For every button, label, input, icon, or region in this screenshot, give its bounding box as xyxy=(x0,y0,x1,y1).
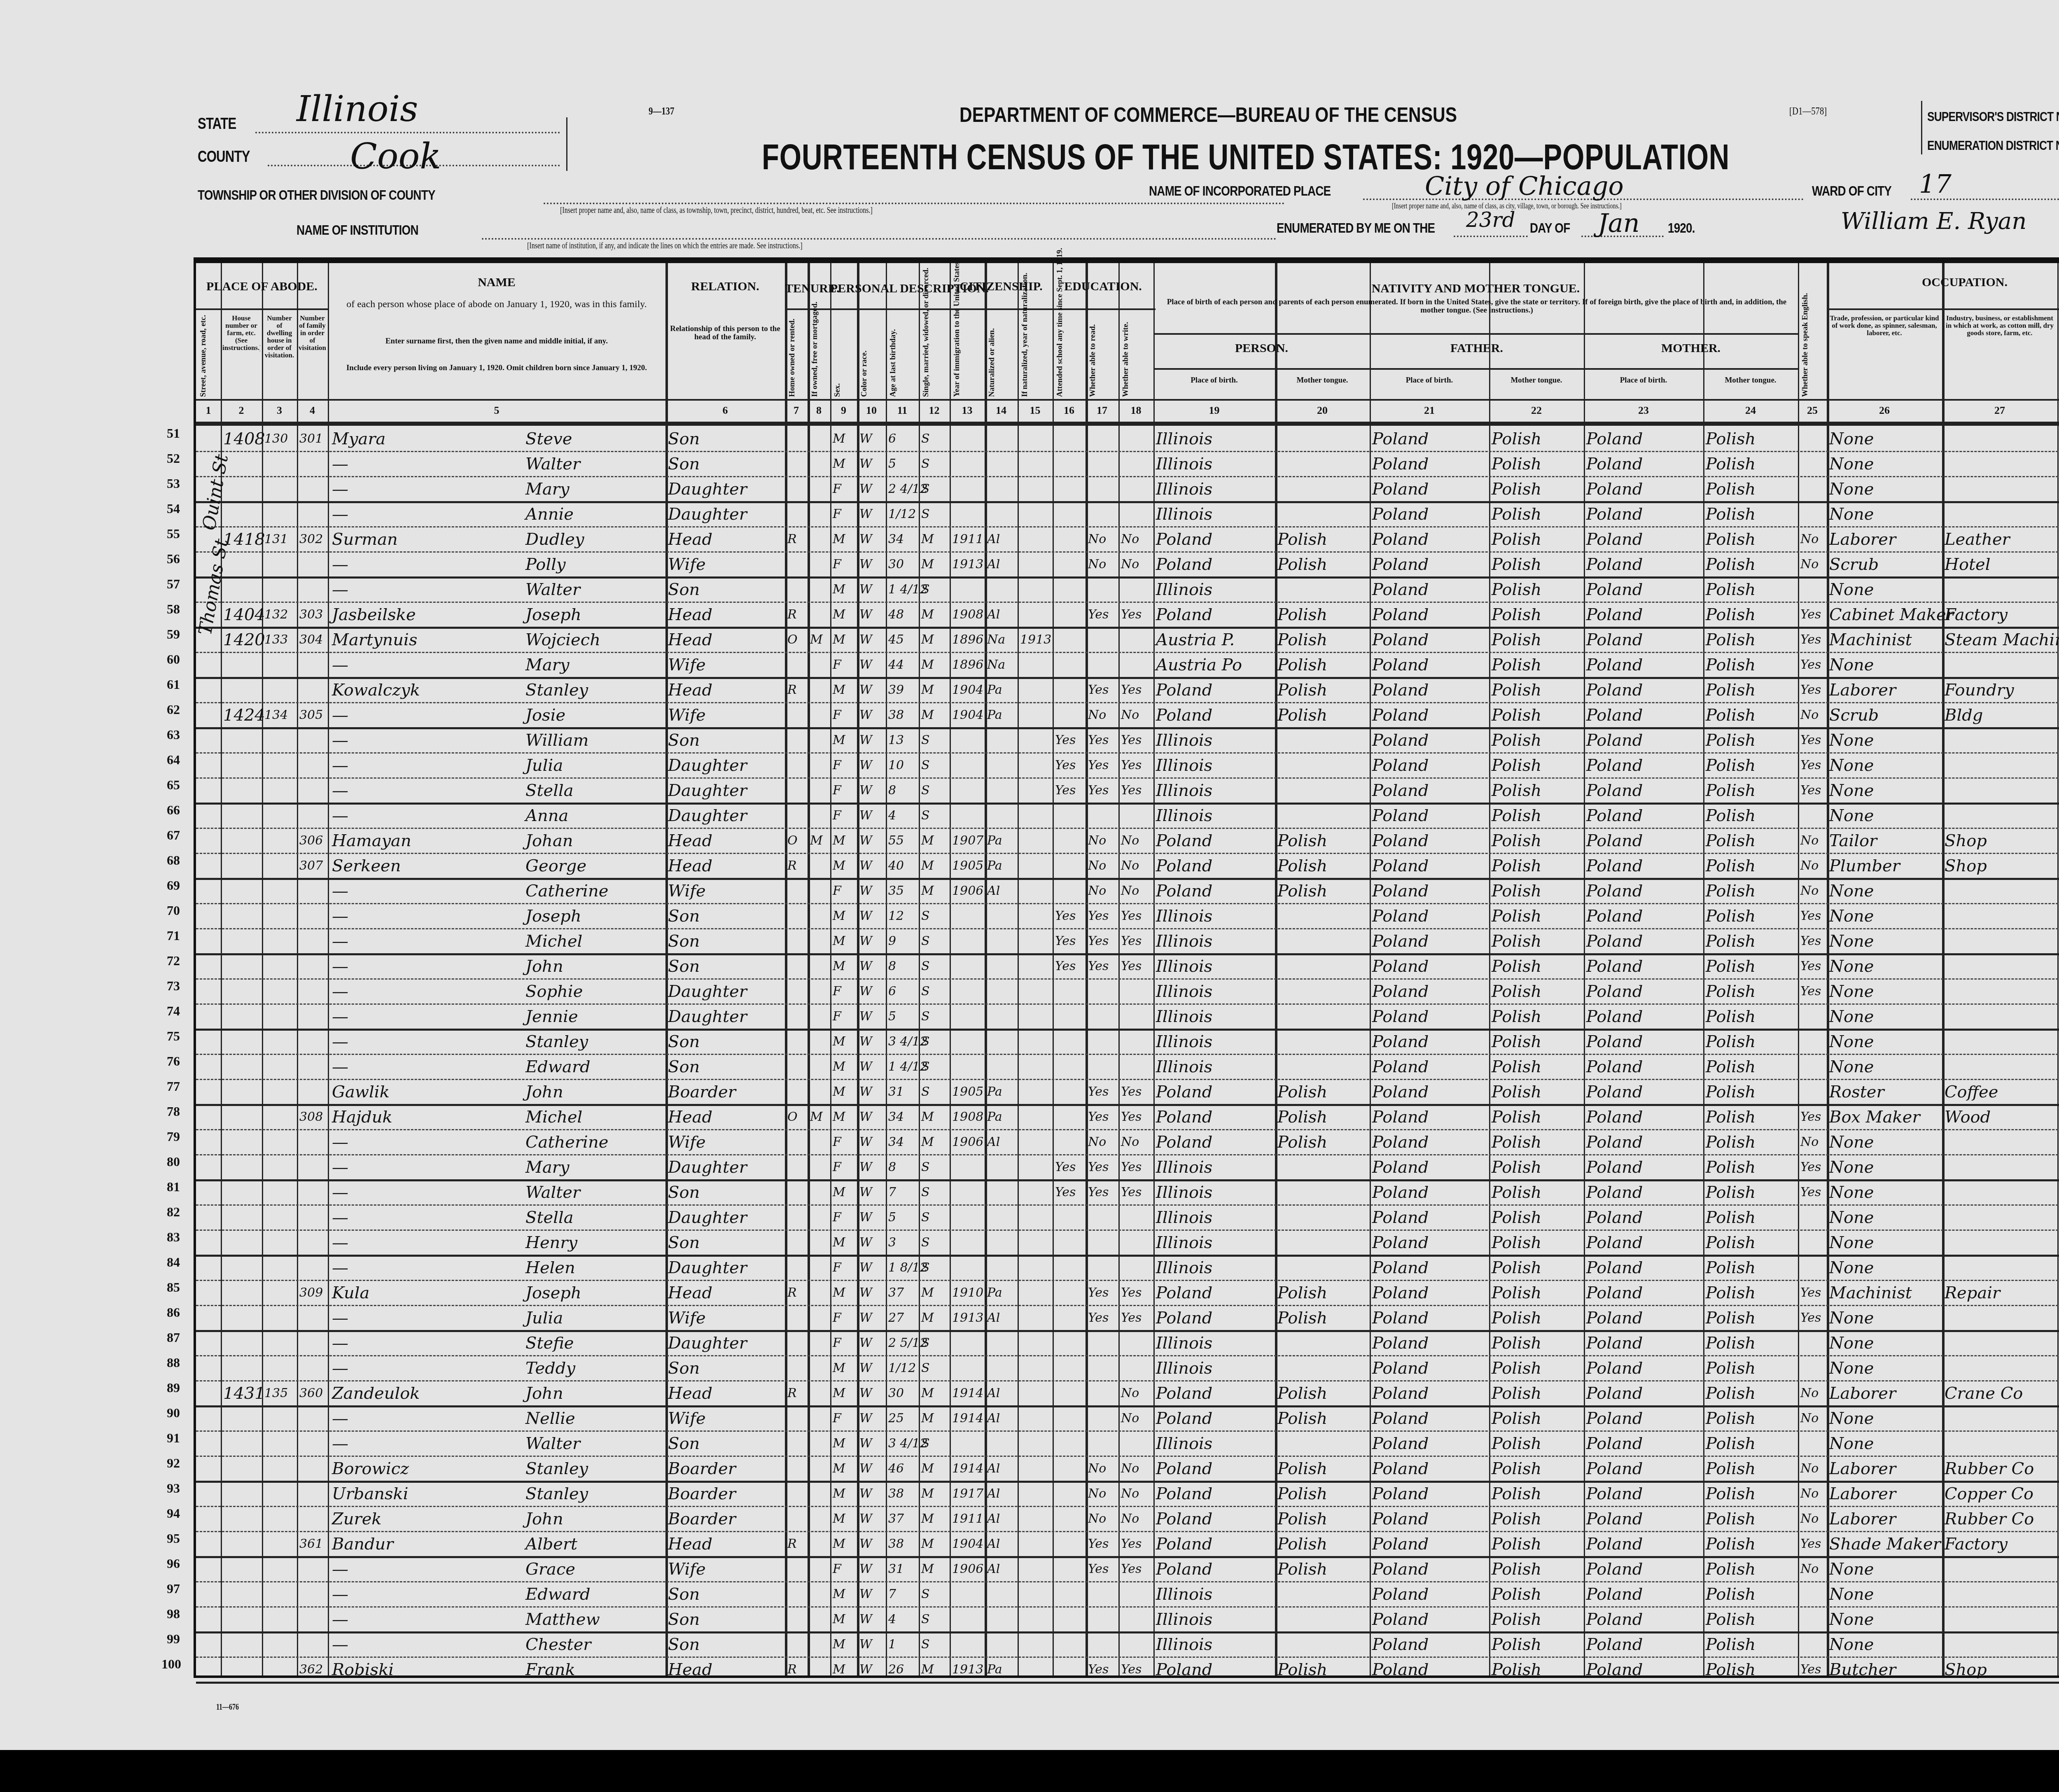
cell-race: W xyxy=(859,1433,872,1454)
cell-relation: Wife xyxy=(668,554,706,575)
cell-immig: 1908 xyxy=(952,1106,983,1128)
column-number-21: 21 xyxy=(1370,404,1489,417)
cell-nat: Al xyxy=(987,1533,1000,1555)
cell-marital: M xyxy=(921,1408,934,1429)
cell-mtongue: Polish xyxy=(1706,529,1756,550)
cell-relation: Daughter xyxy=(668,1006,747,1027)
table-row[interactable]: —CatherineWifeFW34M1906AlNoNoPolandPolis… xyxy=(196,1129,2059,1155)
table-row[interactable]: —StellaDaughterFW5SIllinoisPolandPolishP… xyxy=(196,1204,2059,1231)
cell-marital: S xyxy=(921,1232,930,1253)
cell-write: Yes xyxy=(1121,679,1142,701)
line-number-left: 57 xyxy=(167,576,180,592)
cell-relation: Wife xyxy=(668,1559,706,1580)
cell-write: No xyxy=(1121,1483,1139,1505)
cell-write: No xyxy=(1121,855,1139,877)
cell-race: W xyxy=(859,1232,872,1253)
line-number-left: 65 xyxy=(167,777,180,793)
cell-owned: R xyxy=(787,604,797,625)
enumerated-day: 23rd xyxy=(1466,208,1515,232)
cell-relation: Son xyxy=(668,1609,700,1630)
cell-family: 303 xyxy=(299,604,323,625)
cell-relation: Daughter xyxy=(668,1257,747,1279)
group-citizenship: CITIZENSHIP. xyxy=(950,280,1053,294)
table-row[interactable]: HamayanJohan306HeadOMMW55M1907PaNoNoPola… xyxy=(196,828,2059,854)
column-label-26: Trade, profession, or particular kind of… xyxy=(1828,315,1940,337)
table-row[interactable]: —JuliaDaughterFW10SYesYesYesIllinoisPola… xyxy=(196,752,2059,779)
column-label-10: Color or race. xyxy=(860,315,868,397)
cell-relation: Boarder xyxy=(668,1081,736,1103)
table-row[interactable]: UrbanskiStanleyBoarderMW38M1917AlNoNoPol… xyxy=(196,1481,2059,1507)
cell-relation: Son xyxy=(668,956,700,977)
group-mother: MOTHER. xyxy=(1584,341,1798,355)
surname-cell: Hamayan xyxy=(332,830,411,852)
surname-cell: — xyxy=(332,1559,348,1580)
cell-nat: Pa xyxy=(987,1106,1002,1128)
table-row[interactable]: —StefieDaughterFW2 5/12SIllinoisPolandPo… xyxy=(196,1330,2059,1356)
cell-trade: Laborer xyxy=(1829,1383,1896,1404)
given-name-cell: Julia xyxy=(525,755,563,776)
cell-age: 3 xyxy=(888,1232,896,1253)
cell-mtongue: Polish xyxy=(1706,705,1756,726)
cell-english: No xyxy=(1800,1483,1819,1505)
surname-cell: Gawlik xyxy=(332,1081,390,1103)
cell-mtongue: Polish xyxy=(1706,1483,1756,1505)
table-row[interactable]: —WalterSonMW1 4/12SIllinoisPolandPolishP… xyxy=(196,576,2059,603)
table-row[interactable]: —HelenDaughterFW1 8/12SIllinoisPolandPol… xyxy=(196,1255,2059,1281)
cell-dwelling: 130 xyxy=(264,428,288,450)
line-number-left: 93 xyxy=(167,1481,180,1496)
table-row[interactable]: —CatherineWifeFW35M1906AlNoNoPolandPolis… xyxy=(196,878,2059,904)
cell-marital: S xyxy=(921,805,930,826)
cell-sex: F xyxy=(833,1207,841,1228)
cell-sex: F xyxy=(833,780,841,801)
column-label-8: If owned, free or mortgaged. xyxy=(811,315,819,397)
cell-age: 2 5/12 xyxy=(888,1332,921,1354)
cell-family: 304 xyxy=(299,629,323,651)
cell-family: 306 xyxy=(299,830,323,852)
cell-read: Yes xyxy=(1088,1182,1109,1203)
table-row[interactable]: —EdwardSonMW7SIllinoisPolandPolishPoland… xyxy=(196,1581,2059,1608)
table-row[interactable]: GawlikJohnBoarderMW31S1905PaYesYesPoland… xyxy=(196,1079,2059,1106)
cell-tongue: Polish xyxy=(1277,1408,1327,1429)
cell-age: 5 xyxy=(888,1207,896,1228)
cell-owned: R xyxy=(787,1659,797,1680)
table-row[interactable]: MyaraSteve1408130301SonMW6SIllinoisPolan… xyxy=(196,426,2059,452)
column-number-1: 1 xyxy=(196,404,221,417)
table-row[interactable]: —AnnieDaughterFW1/12SIllinoisPolandPolis… xyxy=(196,501,2059,527)
cell-marital: M xyxy=(921,1132,934,1153)
column-number-14: 14 xyxy=(985,404,1018,417)
cell-race: W xyxy=(859,1609,872,1630)
cell-school: Yes xyxy=(1055,730,1076,751)
cell-english: No xyxy=(1800,705,1819,726)
line-number-left: 87 xyxy=(167,1330,180,1345)
given-name-cell: Stanley xyxy=(525,1483,588,1505)
table-row[interactable]: —JohnSonMW8SYesYesYesIllinoisPolandPolis… xyxy=(196,953,2059,980)
cell-read: No xyxy=(1088,529,1106,550)
table-row[interactable]: —MaryDaughterFW2 4/12SIllinoisPolandPoli… xyxy=(196,476,2059,503)
given-name-cell: Stefie xyxy=(525,1332,574,1354)
cell-sex: M xyxy=(833,1609,845,1630)
cell-mtongue: Polish xyxy=(1706,1609,1756,1630)
cell-trade: None xyxy=(1829,931,1874,952)
column-label-14: Naturalized or alien. xyxy=(988,315,996,397)
line-number-left: 98 xyxy=(167,1606,180,1622)
table-row[interactable]: ZurekJohnBoarderMW37M1911AlNoNoPolandPol… xyxy=(196,1506,2059,1532)
cell-immig: 1911 xyxy=(952,1508,983,1530)
table-row[interactable]: —TeddySonMW1/12SIllinoisPolandPolishPola… xyxy=(196,1355,2059,1381)
cell-race: W xyxy=(859,629,872,651)
cell-mtongue: Polish xyxy=(1706,1533,1756,1555)
table-row[interactable]: —StellaDaughterFW8SYesYesYesIllinoisPola… xyxy=(196,777,2059,805)
cell-read: Yes xyxy=(1088,730,1109,751)
surname-cell: — xyxy=(332,1584,348,1605)
cell-marital: S xyxy=(921,1056,930,1078)
cell-relation: Son xyxy=(668,730,700,751)
group-nativity: NATIVITY AND MOTHER TONGUE. xyxy=(1153,282,1798,296)
table-row[interactable]: —StanleySonMW3 4/12SIllinoisPolandPolish… xyxy=(196,1029,2059,1055)
cell-age: 25 xyxy=(888,1408,904,1429)
line-number-left: 84 xyxy=(167,1255,180,1270)
surname-cell: — xyxy=(332,1609,348,1630)
table-row[interactable]: —JosephSonMW12SYesYesYesIllinoisPolandPo… xyxy=(196,903,2059,929)
cell-age: 34 xyxy=(888,1106,904,1128)
cell-read: No xyxy=(1088,1508,1106,1530)
cell-read: Yes xyxy=(1088,956,1109,977)
cell-marital: S xyxy=(921,905,930,927)
cell-nat: Al xyxy=(987,880,1000,902)
cell-tongue: Polish xyxy=(1277,1533,1327,1555)
table-row[interactable]: SurmanDudley1418131302HeadRMW34M1911AlNo… xyxy=(196,526,2059,553)
cell-marital: M xyxy=(921,1659,934,1680)
cell-fbirth: Poland xyxy=(1372,981,1429,1002)
cell-birth: Poland xyxy=(1156,1458,1212,1479)
surname-cell: Kowalczyk xyxy=(332,679,420,701)
cell-school: Yes xyxy=(1055,1157,1076,1178)
table-row[interactable]: RobiskiFrank362HeadRMW26M1913PaYesYesPol… xyxy=(196,1657,2059,1684)
table-row[interactable]: HajdukMichel308HeadOMMW34M1908PaYesYesPo… xyxy=(196,1104,2059,1130)
cell-fbirth: Poland xyxy=(1372,1358,1429,1379)
cell-ftongue: Polish xyxy=(1492,1408,1541,1429)
incorporated-place-value: City of Chicago xyxy=(1425,171,1624,201)
cell-marital: M xyxy=(921,705,934,726)
cell-race: W xyxy=(859,579,872,600)
cell-english: No xyxy=(1800,880,1819,902)
cell-read: No xyxy=(1088,880,1106,902)
column-number-15: 15 xyxy=(1018,404,1053,417)
cell-relation: Daughter xyxy=(668,504,747,525)
cell-birth: Illinois xyxy=(1156,579,1212,600)
cell-age: 10 xyxy=(888,755,904,776)
cell-owned: R xyxy=(787,1282,797,1304)
given-name-cell: Helen xyxy=(525,1257,575,1279)
cell-sex: M xyxy=(833,1081,845,1103)
institution-line xyxy=(482,238,1277,240)
cell-read: Yes xyxy=(1088,931,1109,952)
cell-relation: Wife xyxy=(668,1132,706,1153)
header-rule xyxy=(1827,308,2059,310)
cell-immig: 1913 xyxy=(952,1307,983,1329)
surname-cell: — xyxy=(332,956,348,977)
cell-fbirth: Poland xyxy=(1372,730,1429,751)
table-row[interactable]: —MichelSonMW9SYesYesYesIllinoisPolandPol… xyxy=(196,928,2059,955)
cell-nat: Al xyxy=(987,1458,1000,1479)
cell-mbirth: Poland xyxy=(1586,880,1643,902)
column-label-24: Mother tongue. xyxy=(1705,376,1796,385)
cell-ftongue: Polish xyxy=(1492,1257,1541,1279)
table-row[interactable]: —MaryDaughterFW8SYesYesYesIllinoisPoland… xyxy=(196,1154,2059,1181)
cell-nat: Al xyxy=(987,554,1000,575)
cell-family: 302 xyxy=(299,529,323,550)
table-row[interactable]: BandurAlbert361HeadRMW38M1904AlYesYesPol… xyxy=(196,1531,2059,1558)
table-row[interactable]: ZandeulokJohn1431135360HeadRMW30M1914AlN… xyxy=(196,1380,2059,1407)
cell-fbirth: Poland xyxy=(1372,1132,1429,1153)
cell-relation: Daughter xyxy=(668,1157,747,1178)
table-row[interactable]: KulaJoseph309HeadRMW37M1910PaYesYesPolan… xyxy=(196,1280,2059,1306)
cell-race: W xyxy=(859,529,872,550)
cell-age: 44 xyxy=(888,654,904,676)
cell-birth: Poland xyxy=(1156,1559,1212,1580)
surname-cell: Bandur xyxy=(332,1533,394,1555)
cell-trade: None xyxy=(1829,1257,1874,1279)
cell-english: Yes xyxy=(1800,1157,1821,1178)
table-row[interactable]: —EdwardSonMW1 4/12SIllinoisPolandPolishP… xyxy=(196,1054,2059,1080)
cell-relation: Head xyxy=(668,679,712,701)
cell-industry: Steam Machine xyxy=(1945,629,2059,651)
cell-immig: 1896 xyxy=(952,654,983,676)
cell-mbirth: Poland xyxy=(1586,1081,1643,1103)
cell-fbirth: Poland xyxy=(1372,830,1429,852)
cell-fbirth: Poland xyxy=(1372,1157,1429,1178)
surname-cell: — xyxy=(332,1257,348,1279)
cell-fbirth: Poland xyxy=(1372,755,1429,776)
column-label-15: If naturalized, year of naturalization. xyxy=(1021,315,1029,397)
surname-cell: Zurek xyxy=(332,1508,382,1530)
table-row[interactable]: —HenrySonMW3SIllinoisPolandPolishPolandP… xyxy=(196,1230,2059,1257)
table-row[interactable]: KowalczykStanleyHeadRMW39M1904PaYesYesPo… xyxy=(196,677,2059,703)
cell-industry: Leather xyxy=(1945,529,2010,550)
table-row[interactable]: —PollyWifeFW30M1913AlNoNoPolandPolishPol… xyxy=(196,551,2059,579)
cell-birth: Illinois xyxy=(1156,1257,1212,1279)
given-name-cell: Jennie xyxy=(525,1006,578,1027)
cell-fbirth: Poland xyxy=(1372,554,1429,575)
cell-birth: Poland xyxy=(1156,1383,1212,1404)
cell-fbirth: Poland xyxy=(1372,1383,1429,1404)
cell-tongue: Polish xyxy=(1277,1106,1327,1128)
line-number-left: 82 xyxy=(167,1204,180,1220)
cell-trade: None xyxy=(1829,1559,1874,1580)
cell-english: No xyxy=(1800,1559,1819,1580)
cell-read: Yes xyxy=(1088,1282,1109,1304)
cell-marital: M xyxy=(921,880,934,902)
cell-read: Yes xyxy=(1088,1081,1109,1103)
column-label-12: Single, married, widowed, or divorced. xyxy=(922,315,930,397)
cell-fbirth: Poland xyxy=(1372,880,1429,902)
surname-cell: — xyxy=(332,1358,348,1379)
cell-mbirth: Poland xyxy=(1586,905,1643,927)
surname-cell: Serkeen xyxy=(332,855,401,877)
cell-sex: M xyxy=(833,855,845,877)
cell-mbirth: Poland xyxy=(1586,1106,1643,1128)
table-row[interactable]: —WalterSonMW7SYesYesYesIllinoisPolandPol… xyxy=(196,1179,2059,1206)
cell-marital: S xyxy=(921,1207,930,1228)
cell-trade: None xyxy=(1829,1609,1874,1630)
table-row[interactable]: —AnnaDaughterFW4SIllinoisPolandPolishPol… xyxy=(196,803,2059,829)
table-row[interactable]: MartynuisWojciech1420133304HeadOMMW45M18… xyxy=(196,627,2059,653)
cell-fbirth: Poland xyxy=(1372,1307,1429,1329)
cell-birth: Illinois xyxy=(1156,905,1212,927)
cell-nat: Pa xyxy=(987,1282,1002,1304)
cell-age: 30 xyxy=(888,1383,904,1404)
cell-nat: Al xyxy=(987,1559,1000,1580)
table-row[interactable]: —GraceWifeFW31M1906AlYesYesPolandPolishP… xyxy=(196,1556,2059,1582)
surname-cell: — xyxy=(332,1433,348,1454)
cell-birth: Illinois xyxy=(1156,1609,1212,1630)
surname-cell: Urbanski xyxy=(332,1483,409,1505)
cell-birth: Illinois xyxy=(1156,780,1212,801)
table-row[interactable]: —Josie1424134305WifeFW38M1904PaNoNoPolan… xyxy=(196,702,2059,729)
cell-trade: None xyxy=(1829,981,1874,1002)
form-code: [D1—578] xyxy=(1789,105,1827,117)
cell-read: Yes xyxy=(1088,604,1109,625)
column-label-2: House number or farm, etc. (See instruct… xyxy=(222,315,260,352)
cell-house: 1420 xyxy=(223,629,264,651)
cell-ftongue: Polish xyxy=(1492,1433,1541,1454)
group-relation: RELATION. xyxy=(665,280,785,294)
township-line xyxy=(544,203,1285,204)
table-row[interactable]: —JuliaWifeFW27M1913AlYesYesPolandPolishP… xyxy=(196,1305,2059,1332)
cell-industry: Repair xyxy=(1945,1282,2000,1304)
cell-sex: F xyxy=(833,880,841,902)
cell-mtongue: Polish xyxy=(1706,1031,1756,1052)
column-label-11: Age at last birthday. xyxy=(889,315,897,397)
cell-race: W xyxy=(859,1006,872,1027)
cell-age: 7 xyxy=(888,1584,896,1605)
cell-race: W xyxy=(859,478,872,500)
table-row[interactable]: JasbeilskeJoseph1404132303HeadRMW48M1908… xyxy=(196,602,2059,629)
cell-age: 8 xyxy=(888,956,896,977)
cell-sex: M xyxy=(833,1433,845,1454)
cell-mbirth: Poland xyxy=(1586,1232,1643,1253)
cell-write: No xyxy=(1121,1508,1139,1530)
cell-relation: Son xyxy=(668,1584,700,1605)
surname-cell: Surman xyxy=(332,529,398,550)
line-number-left: 61 xyxy=(167,677,180,692)
cell-birth: Illinois xyxy=(1156,1332,1212,1354)
cell-owned: O xyxy=(787,629,798,651)
table-row[interactable]: —ChesterSonMW1SIllinoisPolandPolishPolan… xyxy=(196,1631,2059,1658)
surname-cell: Kula xyxy=(332,1282,369,1304)
cell-trade: None xyxy=(1829,730,1874,751)
cell-marital: S xyxy=(921,1157,930,1178)
column-label-22: Mother tongue. xyxy=(1491,376,1582,385)
cell-relation: Son xyxy=(668,1056,700,1078)
cell-ftongue: Polish xyxy=(1492,855,1541,877)
cell-relation: Head xyxy=(668,1282,712,1304)
cell-birth: Illinois xyxy=(1156,931,1212,952)
cell-age: 31 xyxy=(888,1559,904,1580)
cell-marital: S xyxy=(921,579,930,600)
cell-ftongue: Polish xyxy=(1492,604,1541,625)
county-label: COUNTY xyxy=(198,148,250,166)
cell-mtongue: Polish xyxy=(1706,1584,1756,1605)
cell-trade: Laborer xyxy=(1829,679,1896,701)
cell-mbirth: Poland xyxy=(1586,1383,1643,1404)
cell-trade: None xyxy=(1829,780,1874,801)
line-number-left: 70 xyxy=(167,903,180,918)
cell-mtongue: Polish xyxy=(1706,453,1756,475)
cell-fbirth: Poland xyxy=(1372,604,1429,625)
table-row[interactable]: —MaryWifeFW44M1896NaAustria PoPolishPola… xyxy=(196,652,2059,679)
cell-immig: 1914 xyxy=(952,1383,983,1404)
cell-trade: None xyxy=(1829,956,1874,977)
cell-read: Yes xyxy=(1088,679,1109,701)
cell-fbirth: Poland xyxy=(1372,504,1429,525)
cell-english: Yes xyxy=(1800,1182,1821,1203)
surname-cell: — xyxy=(332,931,348,952)
table-row[interactable]: —JennieDaughterFW5SIllinoisPolandPolishP… xyxy=(196,1003,2059,1031)
line-number-left: 76 xyxy=(167,1054,180,1069)
line-number-left: 68 xyxy=(167,853,180,868)
cell-trade: None xyxy=(1829,1157,1874,1178)
table-row[interactable]: —WalterSonMW5SIllinoisPolandPolishPoland… xyxy=(196,451,2059,477)
cell-mtongue: Polish xyxy=(1706,1408,1756,1429)
cell-ftongue: Polish xyxy=(1492,1006,1541,1027)
cell-tongue: Polish xyxy=(1277,830,1327,852)
table-row[interactable]: —SophieDaughterFW6SIllinoisPolandPolishP… xyxy=(196,978,2059,1005)
cell-birth: Illinois xyxy=(1156,1634,1212,1655)
cell-english: Yes xyxy=(1800,931,1821,952)
cell-marital: M xyxy=(921,1508,934,1530)
cell-birth: Poland xyxy=(1156,880,1212,902)
cell-age: 30 xyxy=(888,554,904,575)
enumerated-label: ENUMERATED BY ME ON THE xyxy=(1277,220,1435,236)
cell-relation: Head xyxy=(668,629,712,651)
column-number-23: 23 xyxy=(1584,404,1703,417)
cell-nat: Na xyxy=(987,654,1005,676)
year-label: 1920. xyxy=(1668,220,1695,236)
table-row[interactable]: BorowiczStanleyBoarderMW46M1914AlNoNoPol… xyxy=(196,1456,2059,1483)
cell-fbirth: Poland xyxy=(1372,1031,1429,1052)
table-row[interactable]: —WalterSonMW3 4/12SIllinoisPolandPolishP… xyxy=(196,1430,2059,1457)
table-row[interactable]: —NellieWifeFW25M1914AlNoPolandPolishPola… xyxy=(196,1405,2059,1432)
header-rule xyxy=(196,308,328,310)
cell-nat: Al xyxy=(987,529,1000,550)
cell-mtongue: Polish xyxy=(1706,1332,1756,1354)
cell-mtongue: Polish xyxy=(1706,1508,1756,1530)
cell-mbirth: Poland xyxy=(1586,604,1643,625)
table-row[interactable]: —MatthewSonMW4SIllinoisPolandPolishPolan… xyxy=(196,1606,2059,1633)
group-person: PERSON. xyxy=(1153,341,1370,355)
cell-ftongue: Polish xyxy=(1492,1132,1541,1153)
table-row[interactable]: —WilliamSonMW13SYesYesYesIllinoisPolandP… xyxy=(196,727,2059,754)
table-row[interactable]: SerkeenGeorge307HeadRMW40M1905PaNoNoPola… xyxy=(196,853,2059,880)
surname-cell: Jasbeilske xyxy=(332,604,416,625)
cell-mbirth: Poland xyxy=(1586,453,1643,475)
cell-birth: Poland xyxy=(1156,679,1212,701)
column-label-18: Whether able to write. xyxy=(1122,315,1130,397)
cell-marital: S xyxy=(921,1358,930,1379)
column-number-2: 2 xyxy=(221,404,262,417)
cell-relation: Son xyxy=(668,1182,700,1203)
cell-relation: Head xyxy=(668,1383,712,1404)
header-rule xyxy=(785,308,1156,310)
cell-read: Yes xyxy=(1088,1559,1109,1580)
cell-write: No xyxy=(1121,880,1139,902)
surname-cell: — xyxy=(332,1157,348,1178)
cell-sex: M xyxy=(833,1533,845,1555)
cell-immig: 1911 xyxy=(952,529,983,550)
